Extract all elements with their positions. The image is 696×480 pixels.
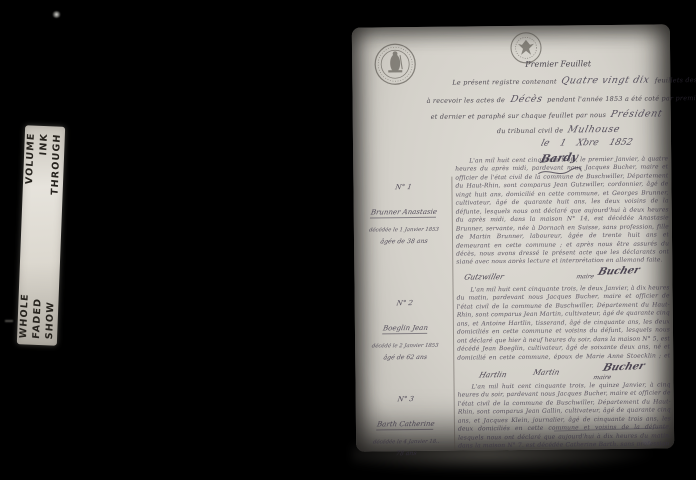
printed-text: et dernier et paraphé sur chaque feuille…	[431, 111, 606, 121]
deceased-name: Barth Catherine	[376, 420, 435, 431]
printed-text: à recevoir les actes de	[427, 96, 506, 105]
register-statement-line-3: et dernier et paraphé sur chaque feuille…	[431, 108, 663, 121]
header-date: le 1 Xbre 1852	[540, 138, 634, 149]
label-word: VOLUME	[24, 131, 38, 184]
deceased-age: âgé de 62 ans	[361, 354, 450, 362]
register-statement-line-4: du tribunal civil de Mulhouse	[497, 124, 621, 136]
act-number: N° 3	[361, 395, 450, 404]
margin-entry-3: N° 3 Barth Catherine décédée le 4 Janvie…	[362, 395, 451, 458]
deceased-age: 78 ans	[362, 450, 451, 458]
printed-text: pendant l'année 1853 a été coté par prem…	[547, 94, 696, 104]
film-speck	[52, 11, 61, 18]
label-word: THROUGH	[50, 132, 64, 195]
handwritten-fill: Mulhouse	[567, 124, 622, 136]
act-number: N° 1	[359, 183, 448, 192]
printed-text: du tribunal civil de	[497, 126, 563, 135]
standing-figure-seal-icon	[373, 42, 417, 86]
mayor-signature: Bucher	[596, 265, 641, 278]
film-edge-mark	[5, 320, 13, 322]
deceased-age: âgée de 38 ans	[359, 238, 448, 246]
handwritten-fill: Président	[610, 108, 664, 120]
label-strip-text: WHOLE VOLUME FADED INK SHOW THROUGH	[18, 132, 64, 339]
death-date: décédée le 4 Janvier 18..	[362, 439, 451, 446]
act-number: N° 2	[360, 299, 449, 308]
death-date: décédé le 2 Janvier 1853	[361, 343, 450, 350]
maire-label: maire	[593, 374, 613, 381]
witness-signature: Hartlin	[478, 370, 508, 379]
death-date: décédée le 1 Janvier 1853	[360, 227, 449, 234]
handwritten-fill: Décès	[509, 94, 544, 105]
register-page: Premier Feuillet Le présent registre con…	[352, 24, 674, 451]
witness-signature: Martin	[532, 368, 560, 377]
label-word: FADED	[31, 297, 45, 339]
handwritten-fill: Quatre vingt dix	[560, 75, 651, 87]
death-act-1-text: L'an mil huit cent cinquante trois, le p…	[455, 155, 669, 263]
label-word: SHOW	[44, 300, 57, 339]
witness-signature: Gutzwiller	[463, 272, 505, 281]
margin-entry-1: N° 1 Brunner Anastasie décédée le 1 Janv…	[359, 183, 448, 246]
printed-text: Le présent registre contenant	[452, 78, 556, 87]
margin-entry-2: N° 2 Boeglin Jean décédé le 2 Janvier 18…	[361, 299, 450, 362]
label-word: WHOLE	[18, 292, 32, 338]
printed-text: feuillets destiné	[655, 76, 696, 85]
archivist-label-strip: WHOLE VOLUME FADED INK SHOW THROUGH	[17, 125, 65, 345]
page-title: Premier Feuillet	[512, 59, 604, 69]
maire-label: maire	[575, 273, 595, 280]
mayor-signature: Bucher	[601, 361, 646, 374]
deceased-name: Brunner Anastasie	[370, 208, 438, 219]
label-word: INK	[38, 132, 51, 156]
microfilm-frame: { "colors": { "film_background": "#00000…	[0, 0, 696, 480]
death-act-3-text: L'an mil huit cent cinquante trois, le q…	[458, 381, 672, 447]
deceased-name: Boeglin Jean	[382, 324, 428, 334]
death-act-2-text: L'an mil huit cent cinquante trois, le d…	[457, 284, 671, 362]
margin-rule	[451, 177, 455, 451]
register-statement-line-2: à recevoir les actes de Décès pendant l'…	[426, 92, 696, 106]
register-statement-line-1: Le présent registre contenant Quatre vin…	[452, 74, 696, 88]
